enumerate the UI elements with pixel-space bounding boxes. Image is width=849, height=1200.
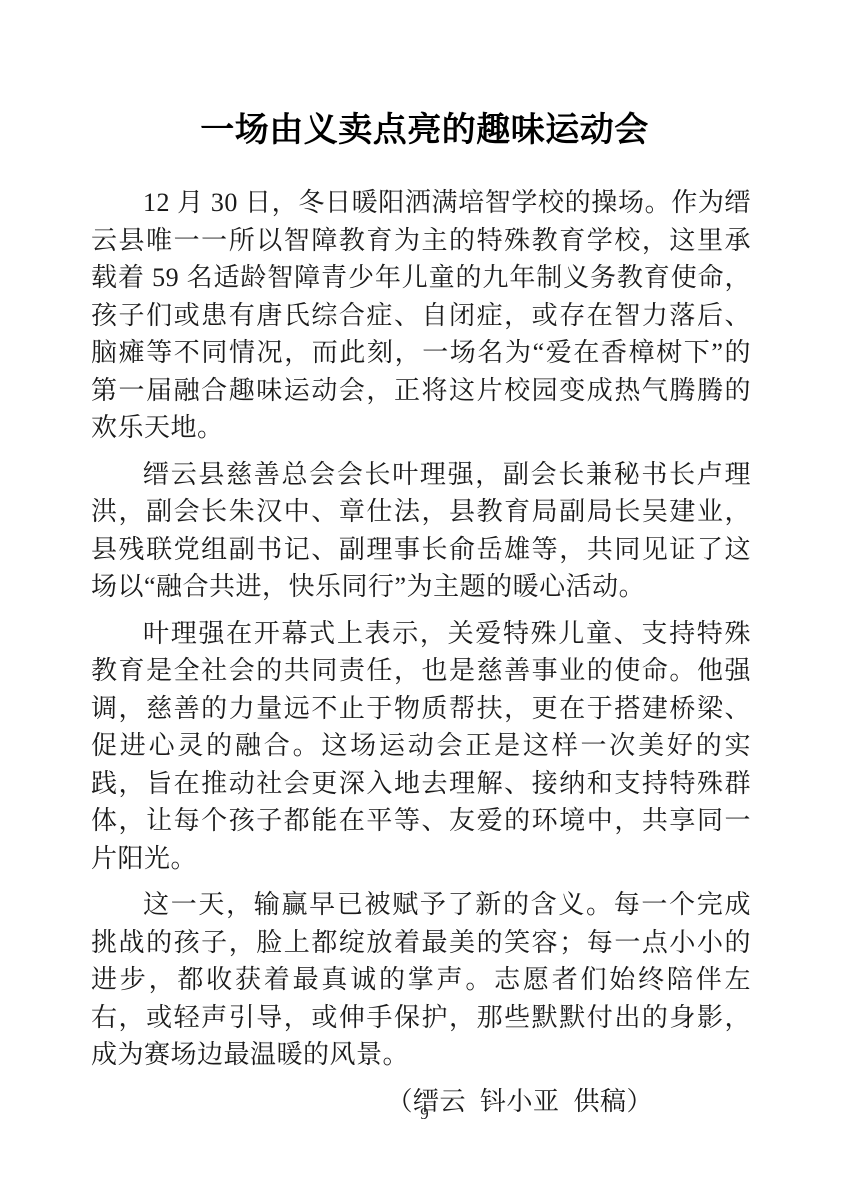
article-body: 12 月 30 日，冬日暖阳洒满培智学校的操场。作为缙云县唯一一所以智障教育为主… [91,184,751,1129]
article-title: 一场由义卖点亮的趣味运动会 [0,108,849,152]
article-paragraph-4: 这一天，输赢早已被赋予了新的含义。每一个完成挑战的孩子，脸上都绽放着最美的笑容；… [91,886,751,1074]
page-number: 9 [0,1104,849,1124]
document-page: 一场由义卖点亮的趣味运动会 12 月 30 日，冬日暖阳洒满培智学校的操场。作为… [0,0,849,1200]
article-paragraph-1: 12 月 30 日，冬日暖阳洒满培智学校的操场。作为缙云县唯一一所以智障教育为主… [91,184,751,447]
article-paragraph-2: 缙云县慈善总会会长叶理强，副会长兼秘书长卢理洪，副会长朱汉中、章仕法，县教育局副… [91,456,751,606]
article-paragraph-3: 叶理强在开幕式上表示，关爱特殊儿童、支持特殊教育是全社会的共同责任，也是慈善事业… [91,615,751,878]
